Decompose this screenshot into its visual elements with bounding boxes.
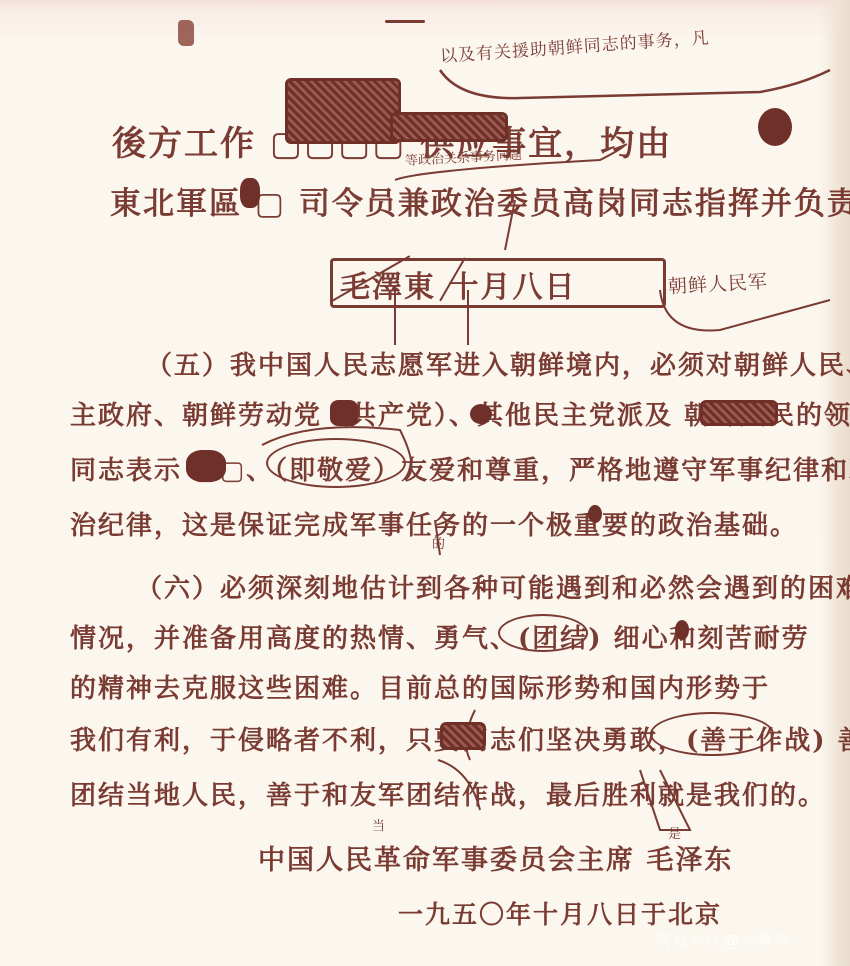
- para-6-line-1: （六）必须深刻地估计到各种可能遇到和必然会遇到的困难: [136, 568, 850, 605]
- ink-blot: [330, 400, 358, 426]
- insertion-circle: [498, 614, 588, 652]
- insertion-circle: [266, 438, 406, 488]
- para-5-insertion-de: 的: [432, 533, 445, 552]
- watermark-text: 网易号区@云雾谷二: [655, 928, 808, 951]
- ink-blot: [675, 620, 689, 640]
- strikethrough-scribble: [390, 112, 508, 142]
- ink-blot: [240, 178, 260, 208]
- date-line: 一九五〇年十月八日于北京: [398, 895, 722, 931]
- para-6-line-5: 团结当地人民，善于和友军团结作战，最后胜利就是我们的。: [70, 775, 826, 812]
- side-annotation-text: 朝鲜人民军: [667, 267, 768, 299]
- line-2-text: 東北軍區 ▢ 司令员兼政治委员高岗同志指挥并负责保证之。: [110, 178, 850, 223]
- para-6-line-2: 情况，并准备用高度的热情、勇气、(团结) 细心和刻苦耐劳: [70, 618, 810, 655]
- signature-line: 中国人民革命军事委员会主席 毛泽东: [258, 838, 733, 877]
- strikethrough-scribble: [700, 400, 778, 426]
- ink-blot: [588, 505, 602, 523]
- ink-blot: [758, 108, 792, 146]
- insertion-circle: [650, 712, 774, 756]
- para-6-line-3: 的精神去克服这些困难。目前总的国际形势和国内形势于: [70, 668, 770, 705]
- ink-blot: [186, 450, 226, 482]
- strikethrough-scribble: [440, 722, 486, 750]
- para-5-line-1: （五）我中国人民志愿军进入朝鲜境内，必须对朝鲜人民、朝鲜人民军、朝鲜民: [146, 345, 850, 382]
- ink-blot: [470, 404, 492, 424]
- strikethrough-scribble: [285, 78, 401, 144]
- para-6-insertion-dang: 当: [372, 815, 385, 834]
